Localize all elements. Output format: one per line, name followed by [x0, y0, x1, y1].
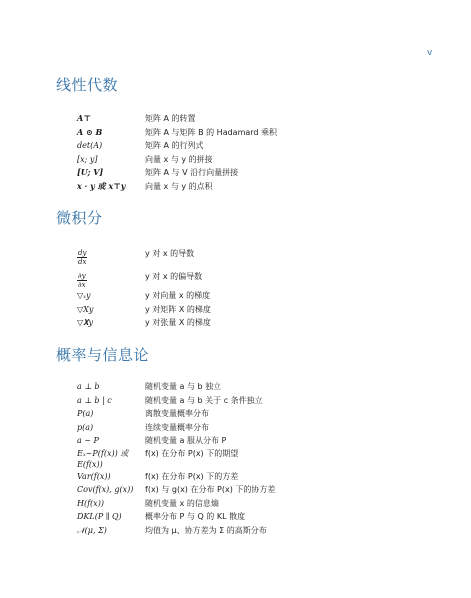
description: 离散变量概率分布: [145, 407, 417, 421]
table-row: Var(f(x)) f(x) 在分布 P(x) 下的方差: [77, 470, 417, 484]
description: 向量 x 与 y 的拼接: [145, 153, 417, 167]
numerator: ∂y: [77, 272, 87, 281]
symbol: dy dx: [77, 243, 145, 266]
table-row: dy dx y 对 x 的导数: [77, 244, 417, 264]
section-title-calculus: 微积分: [56, 207, 103, 228]
symbol: a ∼ P: [77, 434, 145, 448]
calculus-table: dy dx y 对 x 的导数 ∂y ∂x y 对 x 的偏导数 ▽ₓy y 对…: [77, 244, 417, 330]
table-row: Eₓ∼P(f(x)) 或 E(f(x)) f(x) 在分布 P(x) 下的期望: [77, 448, 417, 470]
table-row: A⊤ 矩阵 A 的转置: [77, 112, 417, 126]
table-row: ▽𝐗y y 对张量 X 的梯度: [77, 316, 417, 330]
table-row: ▽Xy y 对矩阵 X 的梯度: [77, 303, 417, 317]
numerator: dy: [77, 249, 87, 258]
symbol: A ⊙ B: [77, 126, 145, 140]
description: 连续变量概率分布: [145, 421, 417, 435]
symbol-line-2: E(f(x)): [77, 459, 145, 470]
table-row: [x; y] 向量 x 与 y 的拼接: [77, 153, 417, 167]
table-row: ▽ₓy y 对向量 x 的梯度: [77, 289, 417, 303]
table-row: a ⊥ b 随机变量 a 与 b 独立: [77, 380, 417, 394]
table-row: A ⊙ B 矩阵 A 与矩阵 B 的 Hadamard 乘积: [77, 126, 417, 140]
symbol: Eₓ∼P(f(x)) 或 E(f(x)): [77, 448, 145, 470]
description: 矩阵 A 与矩阵 B 的 Hadamard 乘积: [145, 126, 417, 140]
table-row: a ⊥ b | c 随机变量 a 与 b 关于 c 条件独立: [77, 394, 417, 408]
symbol: ▽Xy: [77, 303, 145, 317]
section-title-linear-algebra: 线性代数: [56, 74, 118, 95]
symbol: H(f(x)): [77, 497, 145, 511]
symbol-line-1: Eₓ∼P(f(x)) 或: [77, 448, 145, 459]
table-row: p(a) 连续变量概率分布: [77, 421, 417, 435]
table-row: Cov(f(x), g(x)) f(x) 与 g(x) 在分布 P(x) 下的协…: [77, 483, 417, 497]
description: 随机变量 a 服从分布 P: [145, 434, 417, 448]
symbol: ∂y ∂x: [77, 266, 145, 289]
symbol: DKL(P ∥ Q): [77, 510, 145, 524]
description: y 对向量 x 的梯度: [145, 289, 417, 303]
table-row: ∂y ∂x y 对 x 的偏导数: [77, 267, 417, 287]
table-row: DKL(P ∥ Q) 概率分布 P 与 Q 的 KL 散度: [77, 510, 417, 524]
description: f(x) 在分布 P(x) 下的方差: [145, 470, 417, 484]
fraction: dy dx: [77, 249, 87, 266]
description: f(x) 在分布 P(x) 下的期望: [145, 448, 417, 459]
symbol: 𝒩(μ, Σ): [77, 524, 145, 538]
table-row: x · y 或 x⊤y 向量 x 与 y 的点积: [77, 180, 417, 194]
description: y 对矩阵 X 的梯度: [145, 303, 417, 317]
table-row: a ∼ P 随机变量 a 服从分布 P: [77, 434, 417, 448]
section-title-probability: 概率与信息论: [56, 344, 149, 365]
description: 向量 x 与 y 的点积: [145, 180, 417, 194]
symbol: a ⊥ b: [77, 380, 145, 394]
description: 矩阵 A 的行列式: [145, 139, 417, 153]
symbol: a ⊥ b | c: [77, 394, 145, 408]
page-number: v: [427, 48, 432, 58]
denominator: ∂x: [78, 281, 86, 289]
symbol: det(A): [77, 139, 145, 153]
description: 矩阵 A 与 V 沿行向量拼接: [145, 166, 417, 180]
symbol: A⊤: [77, 112, 145, 126]
probability-table: a ⊥ b 随机变量 a 与 b 独立 a ⊥ b | c 随机变量 a 与 b…: [77, 380, 417, 537]
description: 均值为 μ、协方差为 Σ 的高斯分布: [145, 524, 417, 538]
description: 随机变量 x 的信息熵: [145, 497, 417, 511]
description: y 对张量 X 的梯度: [145, 316, 417, 330]
table-row: P(a) 离散变量概率分布: [77, 407, 417, 421]
symbol: [U; V]: [77, 166, 145, 180]
description: 概率分布 P 与 Q 的 KL 散度: [145, 510, 417, 524]
symbol: [x; y]: [77, 153, 145, 167]
fraction: ∂y ∂x: [77, 272, 87, 289]
symbol: P(a): [77, 407, 145, 421]
symbol: Cov(f(x), g(x)): [77, 483, 145, 497]
description: f(x) 与 g(x) 在分布 P(x) 下的协方差: [145, 483, 417, 497]
table-row: 𝒩(μ, Σ) 均值为 μ、协方差为 Σ 的高斯分布: [77, 524, 417, 538]
denominator: dx: [78, 258, 86, 266]
symbol: ▽𝐗y: [77, 316, 145, 330]
description: y 对 x 的导数: [145, 244, 417, 264]
linear-algebra-table: A⊤ 矩阵 A 的转置 A ⊙ B 矩阵 A 与矩阵 B 的 Hadamard …: [77, 112, 417, 193]
table-row: det(A) 矩阵 A 的行列式: [77, 139, 417, 153]
symbol: ▽ₓy: [77, 289, 145, 303]
description: 随机变量 a 与 b 关于 c 条件独立: [145, 394, 417, 408]
table-row: H(f(x)) 随机变量 x 的信息熵: [77, 497, 417, 511]
description: y 对 x 的偏导数: [145, 267, 417, 287]
symbol: Var(f(x)): [77, 470, 145, 484]
table-row: [U; V] 矩阵 A 与 V 沿行向量拼接: [77, 166, 417, 180]
symbol: p(a): [77, 421, 145, 435]
description: 随机变量 a 与 b 独立: [145, 380, 417, 394]
symbol: x · y 或 x⊤y: [77, 180, 145, 194]
description: 矩阵 A 的转置: [145, 112, 417, 126]
